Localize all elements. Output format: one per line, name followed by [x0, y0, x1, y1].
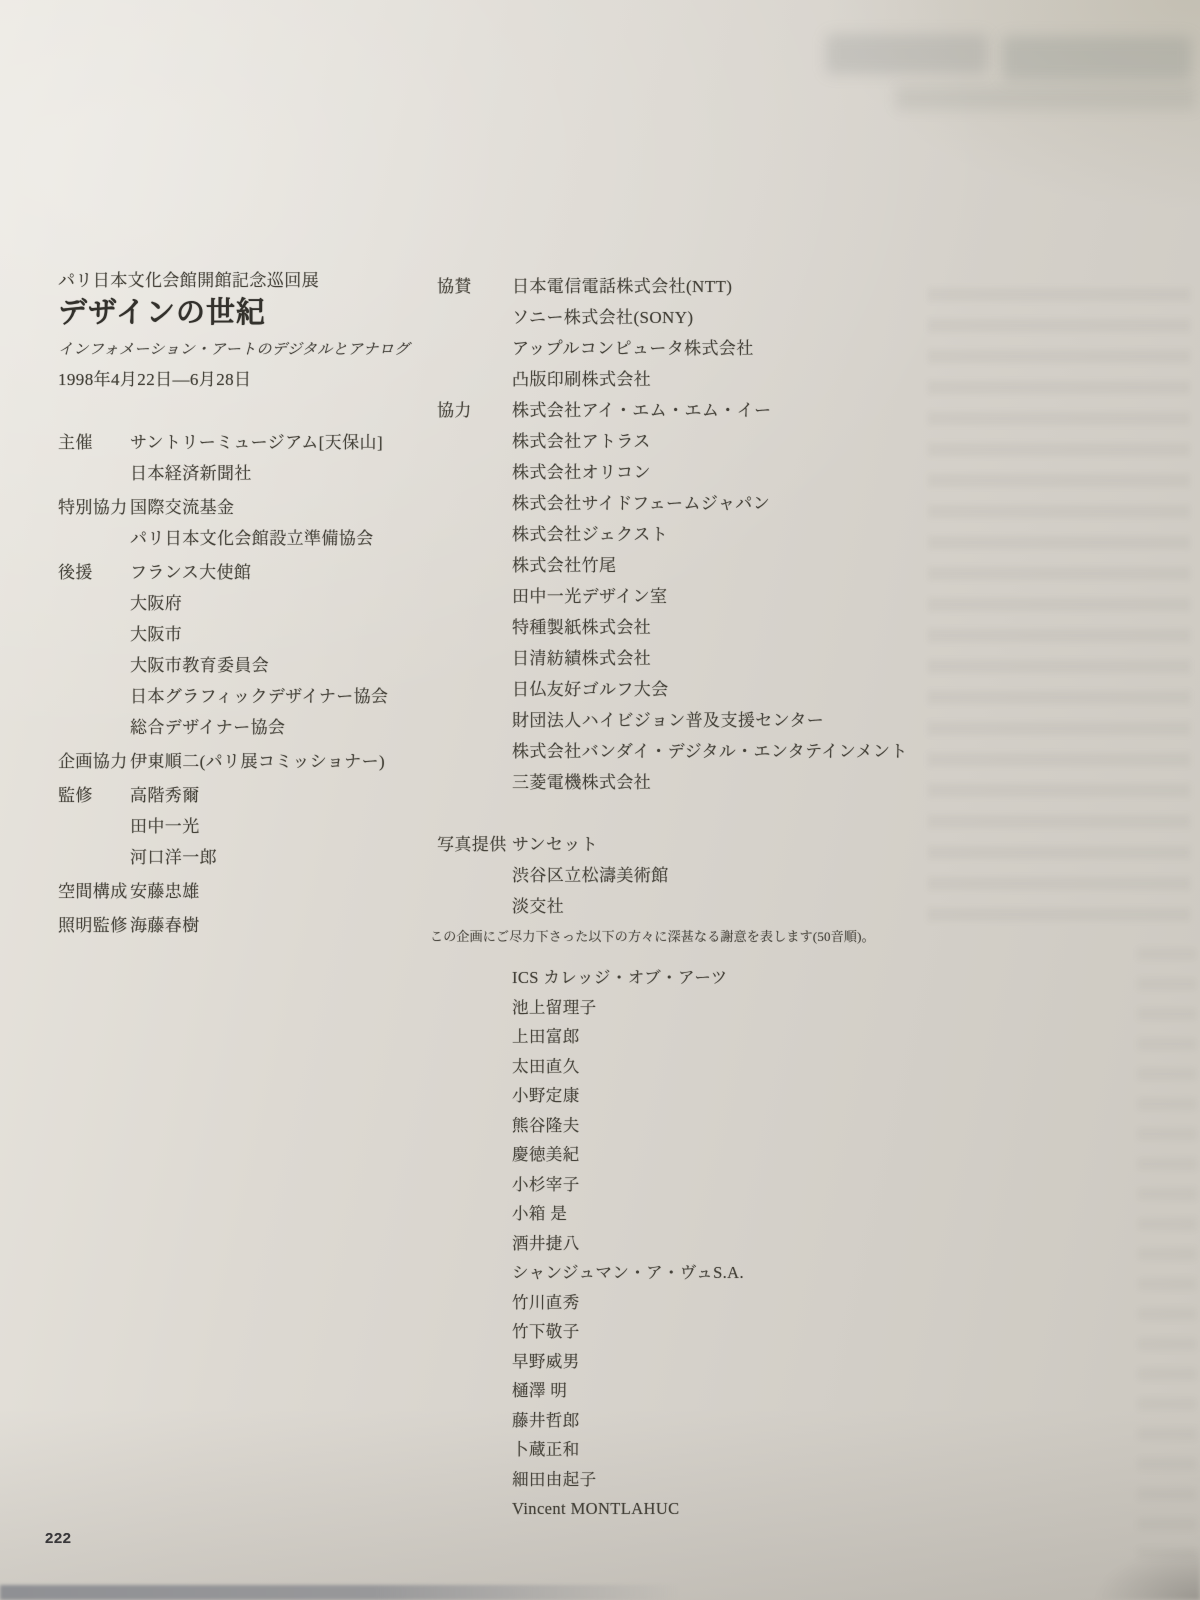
credit-section: 照明監修海藤春樹 [58, 910, 438, 941]
credit-item: 海藤春樹 [130, 910, 438, 941]
credit-item: 高階秀爾 [130, 780, 438, 811]
acknowledged-person: 熊谷隆夫 [512, 1111, 744, 1141]
exhibition-subtitle: インフォメーション・アートのデジタルとアナログ [58, 338, 410, 362]
credit-values: 安藤忠雄 [130, 876, 438, 907]
credit-item: 河口洋一郎 [130, 842, 438, 873]
acknowledged-person: 竹川直秀 [512, 1288, 744, 1318]
credit-item: 日仏友好ゴルフ大会 [512, 674, 1017, 705]
credit-role-label: 協力 [437, 395, 512, 426]
credit-role-label: 後援 [58, 557, 130, 588]
credit-values: 株式会社アイ・エム・エム・イー株式会社アトラス株式会社オリコン株式会社サイドフェ… [512, 395, 1017, 798]
credits-column-right: 協賛日本電信電話株式会社(NTT)ソニー株式会社(SONY)アップルコンピュータ… [437, 271, 1017, 922]
credit-role-label: 照明監修 [58, 910, 130, 941]
credit-section: 後援フランス大使館大阪府大阪市大阪市教育委員会日本グラフィックデザイナー協会総合… [58, 557, 438, 743]
ghost-bleed-blob [1002, 36, 1192, 80]
acknowledged-person: Vincent MONTLAHUC [512, 1494, 744, 1524]
acknowledged-person: 小野定康 [512, 1081, 744, 1111]
acknowledged-person: ICS カレッジ・オブ・アーツ [512, 963, 744, 993]
credit-item: 大阪府 [130, 588, 438, 619]
acknowledged-person: 慶徳美紀 [512, 1140, 744, 1170]
acknowledged-person: 小杉宰子 [512, 1170, 744, 1200]
credit-values: 国際交流基金パリ日本文化会館設立準備協会 [130, 492, 438, 554]
credit-role-label: 主催 [58, 427, 130, 458]
acknowledged-person: 細田由起子 [512, 1465, 744, 1495]
acknowledged-person: 酒井捷八 [512, 1229, 744, 1259]
credit-item: サントリーミュージアム[天保山] [130, 427, 438, 458]
credits-column-left: 主催サントリーミュージアム[天保山]日本経済新聞社特別協力国際交流基金パリ日本文… [58, 427, 438, 944]
acknowledgment-note: この企画にご尽力下さった以下の方々に深甚なる謝意を表します(50音順)。 [430, 929, 875, 945]
credit-item: 総合デザイナー協会 [130, 712, 438, 743]
credit-item: 国際交流基金 [130, 492, 438, 523]
ghost-bleed-blob [896, 86, 1196, 110]
credit-item: 株式会社竹尾 [512, 550, 1017, 581]
credit-section: 監修高階秀爾田中一光河口洋一郎 [58, 780, 438, 873]
exhibition-title: デザインの世紀 [58, 294, 410, 332]
credit-section: 空間構成安藤忠雄 [58, 876, 438, 907]
acknowledged-person: シャンジュマン・ア・ヴュS.A. [512, 1258, 744, 1288]
credit-section: 協賛日本電信電話株式会社(NTT)ソニー株式会社(SONY)アップルコンピュータ… [437, 271, 1017, 395]
credit-item: フランス大使館 [130, 557, 438, 588]
series-line: パリ日本文化会館開館記念巡回展 [58, 270, 410, 292]
ghost-bleed-bands [1138, 948, 1196, 1558]
credit-item: 日本経済新聞社 [130, 458, 438, 489]
page-number: 222 [45, 1530, 72, 1547]
credit-item: 日本電信電話株式会社(NTT) [512, 271, 1017, 302]
credit-values: 日本電信電話株式会社(NTT)ソニー株式会社(SONY)アップルコンピュータ株式… [512, 271, 1017, 395]
credit-values: 伊東順二(パリ展コミッショナー) [130, 746, 438, 777]
credit-section: 主催サントリーミュージアム[天保山]日本経済新聞社 [58, 427, 438, 489]
acknowledged-person: 早野威男 [512, 1347, 744, 1377]
credit-section: 企画協力伊東順二(パリ展コミッショナー) [58, 746, 438, 777]
credit-role-label: 空間構成 [58, 876, 130, 907]
credit-item: サンセット [512, 829, 1017, 860]
credit-item: パリ日本文化会館設立準備協会 [130, 523, 438, 554]
credit-item: 株式会社オリコン [512, 457, 1017, 488]
credit-item: 株式会社サイドフェームジャパン [512, 488, 1017, 519]
credit-item: 財団法人ハイビジョン普及支援センター [512, 705, 1017, 736]
acknowledged-person: 樋澤 明 [512, 1376, 744, 1406]
page-corner-shadow [1020, 1540, 1200, 1600]
credit-values: サントリーミュージアム[天保山]日本経済新聞社 [130, 427, 438, 489]
credit-item: ソニー株式会社(SONY) [512, 302, 1017, 333]
acknowledged-person: 竹下敬子 [512, 1317, 744, 1347]
acknowledged-person: 小箱 是 [512, 1199, 744, 1229]
credit-values: サンセット渋谷区立松濤美術館淡交社 [512, 829, 1017, 922]
credit-item: 田中一光デザイン室 [512, 581, 1017, 612]
acknowledged-person: 太田直久 [512, 1052, 744, 1082]
credit-role-label: 監修 [58, 780, 130, 811]
table-edge-shadow [0, 1585, 680, 1600]
credit-values: フランス大使館大阪府大阪市大阪市教育委員会日本グラフィックデザイナー協会総合デザ… [130, 557, 438, 743]
credit-item: 淡交社 [512, 891, 1017, 922]
credit-item: 日本グラフィックデザイナー協会 [130, 681, 438, 712]
credit-item: 日清紡績株式会社 [512, 643, 1017, 674]
credit-item: 株式会社アトラス [512, 426, 1017, 457]
credit-item: 安藤忠雄 [130, 876, 438, 907]
credit-section: 特別協力国際交流基金パリ日本文化会館設立準備協会 [58, 492, 438, 554]
credit-role-label: 協賛 [437, 271, 512, 302]
credit-role-label: 特別協力 [58, 492, 130, 523]
credit-item: 特種製紙株式会社 [512, 612, 1017, 643]
acknowledged-person: 上田富郎 [512, 1022, 744, 1052]
credit-item: 株式会社バンダイ・デジタル・エンタテインメント [512, 736, 1017, 767]
book-page-photo: パリ日本文化会館開館記念巡回展 デザインの世紀 インフォメーション・アートのデジ… [0, 0, 1200, 1600]
credit-item: 渋谷区立松濤美術館 [512, 860, 1017, 891]
credit-item: 伊東順二(パリ展コミッショナー) [130, 746, 438, 777]
credit-item: 田中一光 [130, 811, 438, 842]
credit-values: 高階秀爾田中一光河口洋一郎 [130, 780, 438, 873]
credit-item: 株式会社ジェクスト [512, 519, 1017, 550]
acknowledgment-name-list: ICS カレッジ・オブ・アーツ池上留理子上田富郎太田直久小野定康熊谷隆夫慶徳美紀… [512, 963, 744, 1524]
credit-role-label: 企画協力 [58, 746, 130, 777]
credit-section: 写真提供サンセット渋谷区立松濤美術館淡交社 [437, 829, 1017, 922]
credit-item: アップルコンピュータ株式会社 [512, 333, 1017, 364]
credit-item: 株式会社アイ・エム・エム・イー [512, 395, 1017, 426]
credit-values: 海藤春樹 [130, 910, 438, 941]
credit-section: 協力株式会社アイ・エム・エム・イー株式会社アトラス株式会社オリコン株式会社サイド… [437, 395, 1017, 798]
credit-item: 三菱電機株式会社 [512, 767, 1017, 798]
ghost-bleed-blob [826, 34, 988, 74]
acknowledged-person: 藤井哲郎 [512, 1406, 744, 1436]
exhibition-dates: 1998年4月22日—6月28日 [58, 368, 410, 392]
credit-item: 大阪市教育委員会 [130, 650, 438, 681]
credit-item: 大阪市 [130, 619, 438, 650]
acknowledged-person: 卜蔵正和 [512, 1435, 744, 1465]
credit-item: 凸版印刷株式会社 [512, 364, 1017, 395]
credit-role-label: 写真提供 [437, 829, 512, 860]
acknowledged-person: 池上留理子 [512, 993, 744, 1023]
exhibition-header: パリ日本文化会館開館記念巡回展 デザインの世紀 インフォメーション・アートのデジ… [58, 270, 410, 392]
